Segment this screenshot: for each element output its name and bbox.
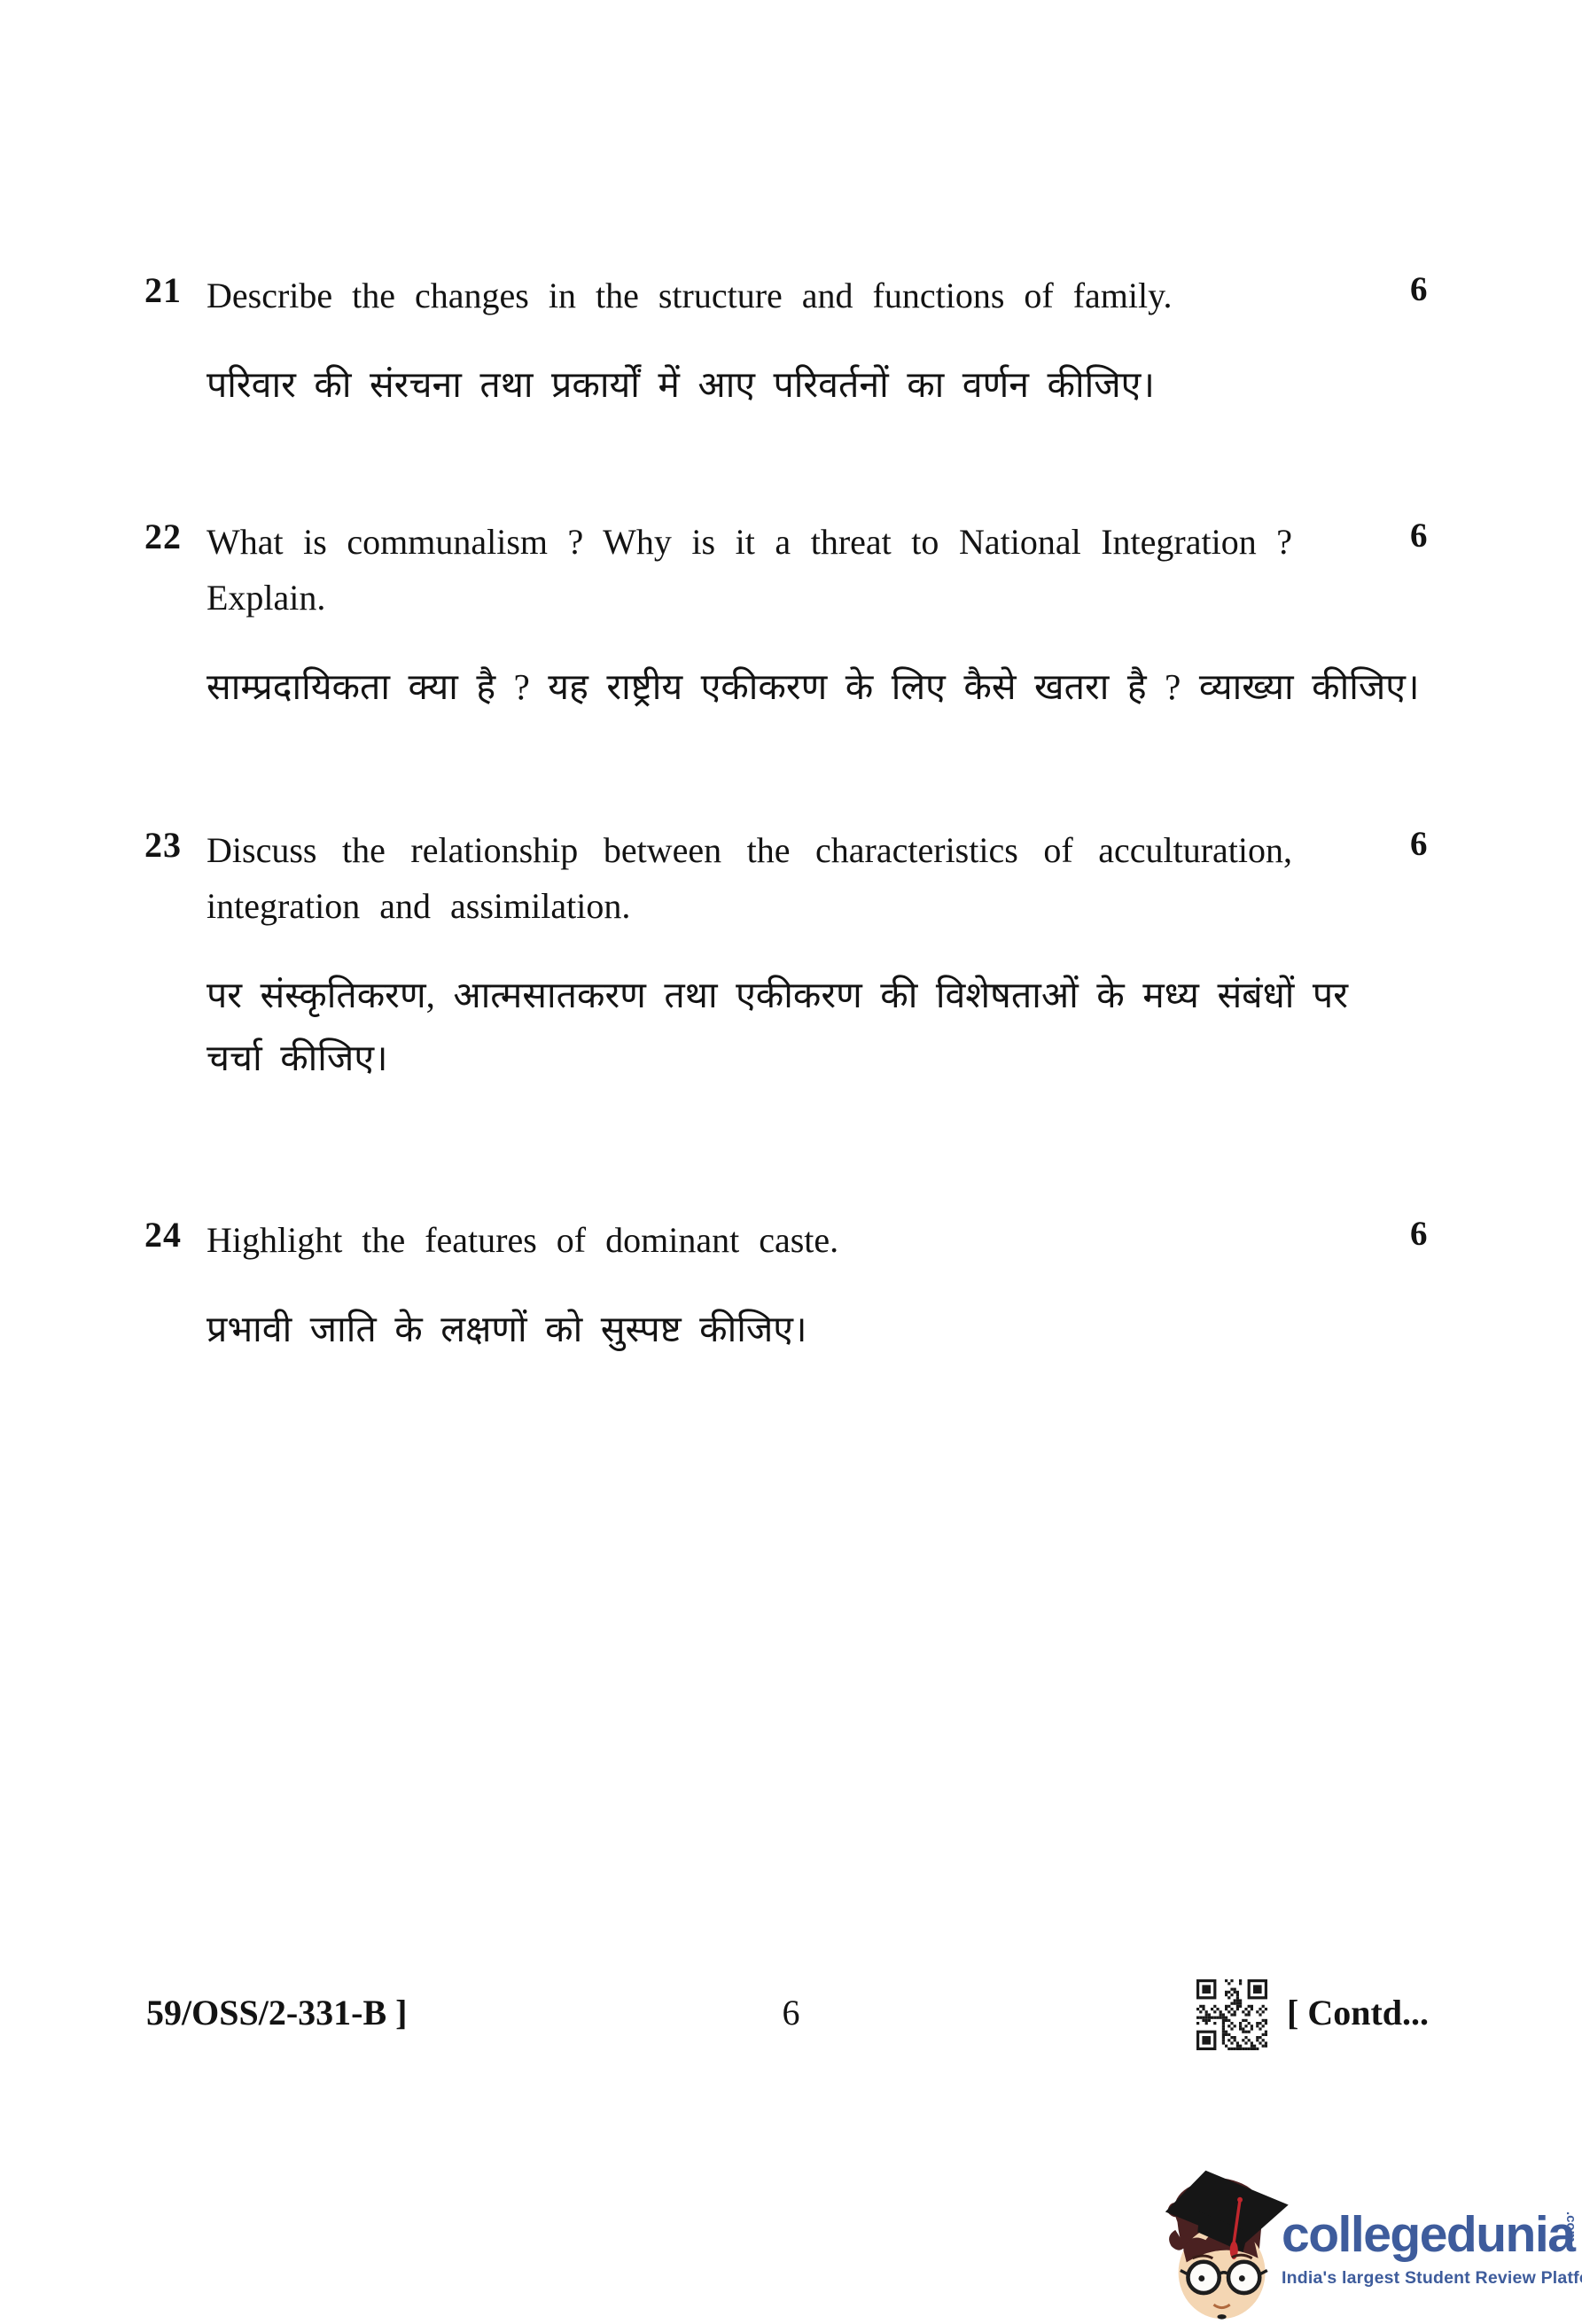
question-english: Highlight the features of dominant caste…	[207, 1212, 1292, 1268]
question-english-line: Highlight the features of dominant caste…	[207, 1212, 1292, 1268]
question-english: Describe the changes in the structure an…	[207, 268, 1292, 323]
brand-name: collegedunia	[1282, 2210, 1574, 2260]
question-english-line: integration and assimilation.	[207, 878, 1292, 934]
question-hindi-line: पर संस्कृतिकरण, आत्मसातकरण तथा एकीकरण की…	[207, 964, 1292, 1027]
question-english-line: Describe the changes in the structure an…	[207, 268, 1292, 323]
question-number: 24	[144, 1214, 182, 1255]
question-marks: 6	[1410, 1214, 1428, 1254]
question-hindi-line: साम्प्रदायिकता क्या है ? यह राष्ट्रीय एक…	[207, 656, 1292, 719]
question-block: 216Describe the changes in the structure…	[207, 268, 1292, 416]
qr-code-icon	[1196, 1979, 1267, 2050]
question-block: 226What is communalism ? Why is it a thr…	[207, 514, 1292, 719]
question-english: Discuss the relationship between the cha…	[207, 822, 1292, 934]
question-hindi-line: परिवार की संरचना तथा प्रकार्यों में आए प…	[207, 354, 1292, 416]
question-number: 23	[144, 824, 182, 866]
question-english: What is communalism ? Why is it a threat…	[207, 514, 1292, 626]
question-number: 22	[144, 516, 182, 557]
question-hindi: पर संस्कृतिकरण, आत्मसातकरण तथा एकीकरण की…	[207, 964, 1292, 1090]
question-english-line: Explain.	[207, 570, 1292, 626]
brand-domain-suffix: .com	[1563, 2211, 1578, 2242]
question-english-line: Discuss the relationship between the cha…	[207, 822, 1292, 878]
question-hindi-line: चर्चा कीजिए।	[207, 1027, 1292, 1090]
question-marks: 6	[1410, 516, 1428, 556]
question-block: 246Highlight the features of dominant ca…	[207, 1212, 1292, 1361]
question-marks: 6	[1410, 824, 1428, 864]
contd-label: [ Contd...	[1287, 1992, 1429, 2033]
question-hindi: साम्प्रदायिकता क्या है ? यह राष्ट्रीय एक…	[207, 656, 1292, 719]
question-hindi: प्रभावी जाति के लक्षणों को सुस्पष्ट कीजि…	[207, 1298, 1292, 1361]
question-hindi: परिवार की संरचना तथा प्रकार्यों में आए प…	[207, 354, 1292, 416]
exam-paper-page: { "page": { "background": "#ffffff", "pa…	[0, 0, 1582, 2324]
question-hindi-line: प्रभावी जाति के लक्षणों को सुस्पष्ट कीजि…	[207, 1298, 1292, 1361]
question-number: 21	[144, 269, 182, 311]
question-english-line: What is communalism ? Why is it a threat…	[207, 514, 1292, 570]
collegedunia-logo: collegedunia.com India's largest Student…	[1149, 2167, 1582, 2324]
question-marks: 6	[1410, 269, 1428, 309]
brand-tagline: India's largest Student Review Platform	[1282, 2268, 1582, 2289]
question-block: 236Discuss the relationship between the …	[207, 822, 1292, 1090]
graduate-boy-mascot-icon	[1159, 2169, 1290, 2321]
